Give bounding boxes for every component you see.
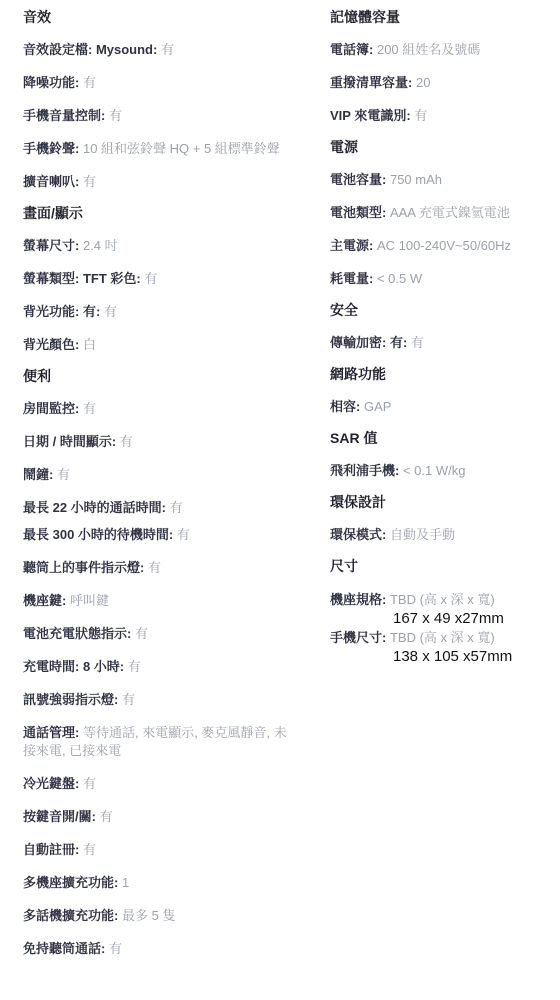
- spec-label: 音效設定檔: Mysound:: [23, 42, 157, 57]
- spec-item: 環保模式: 自動及手動: [330, 526, 556, 544]
- spec-value: TBD (高 x 深 x 寬): [390, 592, 495, 607]
- spec-value: 有: [83, 842, 96, 857]
- spec-label: 螢幕類型: TFT 彩色:: [23, 271, 141, 286]
- spec-item: 降噪功能: 有: [23, 74, 287, 92]
- spec-label: 電話簿:: [330, 42, 373, 57]
- spec-label: 訊號強弱指示燈:: [23, 692, 118, 707]
- spec-item: 機座鍵: 呼叫鍵: [23, 592, 287, 610]
- spec-item: 相容: GAP: [330, 398, 556, 416]
- spec-section: 畫面/顯示螢幕尺寸: 2.4 吋螢幕類型: TFT 彩色: 有背光功能: 有: …: [23, 204, 287, 354]
- spec-value: 有: [135, 626, 148, 641]
- spec-item: 日期 / 時間顯示: 有: [23, 433, 287, 451]
- spec-label: 環保模式:: [330, 527, 386, 542]
- spec-section: 音效音效設定檔: Mysound: 有降噪功能: 有手機音量控制: 有手機鈴聲:…: [23, 8, 287, 191]
- spec-item: 擴音喇叭: 有: [23, 173, 287, 191]
- spec-value: 有: [83, 75, 96, 90]
- spec-item: 主電源: AC 100-240V~50/60Hz: [330, 237, 556, 255]
- spec-item: 自動註冊: 有: [23, 841, 287, 859]
- spec-label: 最長 300 小時的待機時間:: [23, 527, 173, 542]
- spec-label: 降噪功能:: [23, 75, 79, 90]
- section-title: 尺寸: [330, 557, 556, 575]
- spec-item: 電池充電狀態指示: 有: [23, 625, 287, 643]
- spec-value: 有: [414, 108, 427, 123]
- spec-value: 10 組和弦鈴聲 HQ + 5 組標準鈴聲: [83, 141, 280, 156]
- spec-section: 便利房間監控: 有日期 / 時間顯示: 有鬧鐘: 有最長 22 小時的通話時間:…: [23, 367, 287, 958]
- spec-value: < 0.5 W: [377, 271, 422, 286]
- spec-item: 傳輸加密: 有: 有: [330, 334, 556, 352]
- spec-label: 擴音喇叭:: [23, 174, 79, 189]
- spec-item: 最長 300 小時的待機時間: 有: [23, 526, 287, 544]
- section-title: 電源: [330, 138, 556, 156]
- spec-item: 飛利浦手機: < 0.1 W/kg: [330, 462, 556, 480]
- spec-item: VIP 來電識別: 有: [330, 107, 556, 125]
- spec-label: 自動註冊:: [23, 842, 79, 857]
- spec-value: 有: [83, 401, 96, 416]
- spec-value: 呼叫鍵: [70, 593, 109, 608]
- spec-item: 手機音量控制: 有: [23, 107, 287, 125]
- spec-value: 200 組姓名及號碼: [377, 42, 480, 57]
- spec-label: 通話管理:: [23, 725, 79, 740]
- spec-value: 有: [109, 108, 122, 123]
- spec-value: 最多 5 隻: [122, 908, 175, 923]
- spec-item: 電話簿: 200 組姓名及號碼: [330, 41, 556, 59]
- spec-label: 螢幕尺寸:: [23, 238, 79, 253]
- spec-label: 按鍵音開/關:: [23, 809, 96, 824]
- spec-label: 手機音量控制:: [23, 108, 105, 123]
- spec-label: 飛利浦手機:: [330, 463, 399, 478]
- spec-item: 電池容量: 750 mAh: [330, 171, 556, 189]
- spec-item: 多話機擴充功能: 最多 5 隻: [23, 907, 287, 925]
- spec-value: 750 mAh: [390, 172, 442, 187]
- spec-dimension: 167 x 49 x27mm: [330, 609, 556, 628]
- spec-value: 有: [177, 527, 190, 542]
- spec-label: 電池類型:: [330, 205, 386, 220]
- spec-value: 有: [161, 42, 174, 57]
- spec-item: 充電時間: 8 小時: 有: [23, 658, 287, 676]
- spec-label: 機座鍵:: [23, 593, 66, 608]
- spec-value: 有: [128, 659, 141, 674]
- spec-value: 有: [83, 174, 96, 189]
- section-title: 記憶體容量: [330, 8, 556, 26]
- spec-item: 手機尺寸: TBD (高 x 深 x 寬)138 x 105 x57mm: [330, 628, 556, 666]
- spec-value: < 0.1 W/kg: [403, 463, 466, 478]
- spec-label: 充電時間: 8 小時:: [23, 659, 124, 674]
- spec-label: 房間監控:: [23, 401, 79, 416]
- spec-value: 有: [411, 335, 424, 350]
- spec-value: 有: [122, 692, 135, 707]
- spec-sheet: 音效音效設定檔: Mysound: 有降噪功能: 有手機音量控制: 有手機鈴聲:…: [0, 0, 560, 958]
- spec-item: 多機座擴充功能: 1: [23, 874, 287, 892]
- spec-value: 20: [416, 75, 430, 90]
- spec-label: 背光顏色:: [23, 337, 79, 352]
- spec-label: 主電源:: [330, 238, 373, 253]
- section-title: 安全: [330, 301, 556, 319]
- section-title: 畫面/顯示: [23, 204, 287, 222]
- spec-label: 免持聽筒通話:: [23, 941, 105, 956]
- spec-label: VIP 來電識別:: [330, 108, 411, 123]
- spec-section: SAR 值飛利浦手機: < 0.1 W/kg: [330, 429, 556, 480]
- spec-label: 多機座擴充功能:: [23, 875, 118, 890]
- spec-item: 電池類型: AAA 充電式鎳氫電池: [330, 204, 556, 222]
- section-title: 便利: [23, 367, 287, 385]
- spec-value: 有: [144, 271, 157, 286]
- spec-item: 重撥清單容量: 20: [330, 74, 556, 92]
- spec-label: 日期 / 時間顯示:: [23, 434, 116, 449]
- spec-item: 通話管理: 等待通話, 來電顯示, 麥克風靜音, 未接來電, 已接來電: [23, 724, 287, 760]
- spec-value: AAA 充電式鎳氫電池: [390, 205, 510, 220]
- spec-item: 背光顏色: 白: [23, 336, 287, 354]
- spec-item: 背光功能: 有: 有: [23, 303, 287, 321]
- spec-item: 房間監控: 有: [23, 400, 287, 418]
- spec-label: 機座規格:: [330, 592, 386, 607]
- spec-label: 傳輸加密: 有:: [330, 335, 407, 350]
- spec-label: 耗電量:: [330, 271, 373, 286]
- spec-label: 背光功能: 有:: [23, 304, 100, 319]
- spec-item: 最長 22 小時的通話時間: 有: [23, 499, 287, 517]
- column-right: 記憶體容量電話簿: 200 組姓名及號碼重撥清單容量: 20VIP 來電識別: …: [330, 7, 556, 958]
- spec-item: 冷光鍵盤: 有: [23, 775, 287, 793]
- spec-section: 網路功能相容: GAP: [330, 365, 556, 416]
- spec-item: 鬧鐘: 有: [23, 466, 287, 484]
- spec-item: 螢幕類型: TFT 彩色: 有: [23, 270, 287, 288]
- spec-value: TBD (高 x 深 x 寬): [390, 630, 495, 645]
- spec-item: 手機鈴聲: 10 組和弦鈴聲 HQ + 5 組標準鈴聲: [23, 140, 287, 158]
- spec-label: 手機鈴聲:: [23, 141, 79, 156]
- spec-label: 電池充電狀態指示:: [23, 626, 131, 641]
- spec-item: 免持聽筒通話: 有: [23, 940, 287, 958]
- spec-label: 聽筒上的事件指示燈:: [23, 560, 144, 575]
- spec-label: 電池容量:: [330, 172, 386, 187]
- spec-label: 多話機擴充功能:: [23, 908, 118, 923]
- spec-item: 音效設定檔: Mysound: 有: [23, 41, 287, 59]
- column-left: 音效音效設定檔: Mysound: 有降噪功能: 有手機音量控制: 有手機鈴聲:…: [23, 7, 287, 958]
- spec-item: 耗電量: < 0.5 W: [330, 270, 556, 288]
- section-title: 網路功能: [330, 365, 556, 383]
- spec-section: 電源電池容量: 750 mAh電池類型: AAA 充電式鎳氫電池主電源: AC …: [330, 138, 556, 288]
- spec-dimension: 138 x 105 x57mm: [330, 647, 556, 666]
- spec-label: 最長 22 小時的通話時間:: [23, 500, 166, 515]
- section-title: 環保設計: [330, 493, 556, 511]
- spec-value: 自動及手動: [390, 527, 455, 542]
- spec-value: 2.4 吋: [83, 238, 118, 253]
- spec-value: 有: [120, 434, 133, 449]
- spec-label: 相容:: [330, 399, 360, 414]
- spec-label: 鬧鐘:: [23, 467, 53, 482]
- spec-label: 重撥清單容量:: [330, 75, 412, 90]
- spec-columns: 音效音效設定檔: Mysound: 有降噪功能: 有手機音量控制: 有手機鈴聲:…: [23, 7, 556, 958]
- spec-item: 螢幕尺寸: 2.4 吋: [23, 237, 287, 255]
- spec-value: AC 100-240V~50/60Hz: [377, 238, 511, 253]
- spec-item: 聽筒上的事件指示燈: 有: [23, 559, 287, 577]
- spec-value: 有: [104, 304, 117, 319]
- spec-item: 訊號強弱指示燈: 有: [23, 691, 287, 709]
- spec-value: GAP: [364, 399, 391, 414]
- section-title: 音效: [23, 8, 287, 26]
- spec-section: 安全傳輸加密: 有: 有: [330, 301, 556, 352]
- spec-label: 冷光鍵盤:: [23, 776, 79, 791]
- spec-item: 機座規格: TBD (高 x 深 x 寬)167 x 49 x27mm: [330, 590, 556, 628]
- spec-value: 有: [148, 560, 161, 575]
- spec-label: 手機尺寸:: [330, 630, 386, 645]
- spec-value: 有: [170, 500, 183, 515]
- spec-value: 有: [83, 776, 96, 791]
- spec-section: 環保設計環保模式: 自動及手動: [330, 493, 556, 544]
- section-title: SAR 值: [330, 429, 556, 447]
- spec-section: 尺寸機座規格: TBD (高 x 深 x 寬)167 x 49 x27mm手機尺…: [330, 557, 556, 666]
- spec-value: 有: [100, 809, 113, 824]
- spec-value: 白: [83, 337, 96, 352]
- spec-value: 有: [109, 941, 122, 956]
- spec-value: 1: [122, 875, 129, 890]
- spec-item: 按鍵音開/關: 有: [23, 808, 287, 826]
- spec-value: 有: [57, 467, 70, 482]
- spec-section: 記憶體容量電話簿: 200 組姓名及號碼重撥清單容量: 20VIP 來電識別: …: [330, 8, 556, 125]
